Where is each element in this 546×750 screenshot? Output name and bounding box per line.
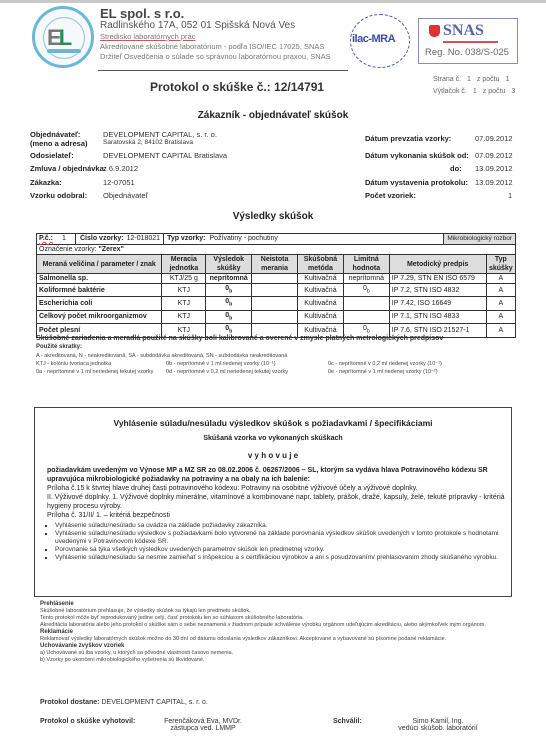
copy-counter: Výtlačok č. 1 z počtu 3 <box>433 88 519 95</box>
table-cell: A <box>486 274 515 284</box>
prepared-name: Ferenčáková Eva, MVDr. <box>148 718 258 725</box>
company-line-1: Stredisko laboratórnych prác <box>100 32 195 41</box>
approved-by: Simo Kamil, Ing. vedúci skúšob. laborató… <box>383 718 493 732</box>
table-cell: Kultivačná <box>298 297 344 310</box>
table-cell: IP 7.42, ISO 16649 <box>389 297 486 310</box>
bullet-3: Porovnanie sa týka všetkých výsledkov uv… <box>55 546 517 554</box>
compliance-subtitle: Skúšaná vzorka vo vykonaných skúškach <box>35 435 511 442</box>
table-cell: KTJ <box>162 310 206 323</box>
test-to-label: do: <box>450 164 462 173</box>
body-paragraph-3: II. Výživové doplnky. 1. Výživové doplnk… <box>47 493 505 511</box>
compliance-box: Vyhlásenie súladu/nesúladu výsledkov skú… <box>34 407 512 597</box>
results-title: Výsledky skúšok <box>0 211 546 222</box>
abbrev-0a: 0a - neprítomné v 1 ml neriedenej tekute… <box>36 369 153 375</box>
col-parameter: Meraná veličina / parameter / znak <box>37 255 162 274</box>
abbrev-title: Použité skratky: <box>36 344 82 350</box>
compliance-body: požiadavkám uvedeným vo Výnose MP a MZ S… <box>47 466 505 520</box>
bullet-1: Vyhlásenie súladu/nesúladu sa uvádza na … <box>55 522 517 530</box>
body-paragraph-1: požiadavkám uvedeným vo Výnose MP a MZ S… <box>47 466 505 484</box>
table-cell: 0b <box>206 310 252 323</box>
ilac-mra-logo: ilac-MRA <box>350 14 410 68</box>
abbrev-0d: 0d - neprítomné v 0,2 ml neriedenej teku… <box>166 369 288 375</box>
designation-label: Označenie vzorky: <box>39 246 97 253</box>
table-cell: Celkový počet mikroorganizmov <box>37 310 162 323</box>
table-cell: A <box>486 297 515 310</box>
recipient-label: Protokol dostane: <box>40 699 100 706</box>
sample-type-label: Typ vzorky: <box>164 234 205 244</box>
copy-label: Výtlačok č. <box>433 88 467 95</box>
protocol-title: Protokol o skúške č.: 12/14791 <box>150 80 324 94</box>
table-cell: KTJ <box>162 297 206 310</box>
prehlasenie-2: Tento protokol môže byť reprodukovaný je… <box>40 615 510 622</box>
test-from-date: 07.09.2012 <box>475 151 513 160</box>
designation-row: Označenie vzorky: "Zerex" <box>37 245 516 255</box>
customer-title: Zákazník - objednávateľ skúšok <box>0 110 546 121</box>
col-unit: Meracia jednotka <box>162 255 206 274</box>
issue-date: 13.09.2012 <box>475 178 513 187</box>
bullet-4: Vyhlásenie súladu/nesúladu sa nesmie zam… <box>55 554 517 562</box>
order-label: Zákazka: <box>30 178 62 187</box>
header-divider <box>98 70 348 71</box>
table-cell <box>343 297 389 310</box>
copy-of-label: z počtu <box>483 88 506 95</box>
table-cell <box>252 274 298 284</box>
prehlasenie-3: Akreditácia laboratória alebo jeho proto… <box>40 622 510 629</box>
prehlasenie-title: Prehlásenie <box>40 601 510 608</box>
table-cell: KTJ <box>162 284 206 297</box>
el-logo: EL <box>32 6 94 68</box>
bullet-2: Vyhlásenie súladu/nesúladu výsledkov s p… <box>55 530 517 546</box>
designation-value: "Zerex" <box>99 246 124 253</box>
result-rows: Salmonella sp.KTJ/25 gneprítomnáKultivač… <box>37 274 516 338</box>
contract-label: Zmluva / objednávka: <box>30 164 106 173</box>
table-cell: A <box>486 324 515 337</box>
abbrev-0c: 0c - neprítomné v 0,2 ml riedenej vzorky… <box>328 361 442 367</box>
table-cell: IP 7.2, STN ISO 4832 <box>389 284 486 297</box>
abbrev-0b: 0b - neprítomné v 1 ml riedenej vzorky (… <box>166 361 276 367</box>
table-cell <box>252 310 298 323</box>
logo-wave-icon <box>47 49 81 53</box>
calibration-note: Skúšobné zariadenia a meradlá použité na… <box>36 335 443 342</box>
page-value: 1 <box>463 76 475 83</box>
sample-type: Požívatiny - pochutiny <box>205 234 444 244</box>
table-cell: Kultivačná <box>298 310 344 323</box>
table-cell: A <box>486 310 515 323</box>
abbrev-line-1: A - akreditovaná, N - neakreditovaná, SA… <box>36 353 287 359</box>
body-paragraph-4: Príloha č. 31/II/ 1. – kritériá bezpečno… <box>47 511 505 520</box>
orderer-label: Objednávateľ: <box>30 130 80 139</box>
compliance-title: Vyhlásenie súladu/nesúladu výsledkov skú… <box>35 418 511 428</box>
declarations: Prehlásenie Skúšobné laboratórium prehla… <box>40 601 510 664</box>
page-of-value: 1 <box>501 76 513 83</box>
recipient: Protokol dostane: DEVELOPMENT CAPITAL, s… <box>40 699 208 706</box>
test-to-date: 13.09.2012 <box>475 164 513 173</box>
page-of-label: z počtu <box>477 76 500 83</box>
table-row: Salmonella sp.KTJ/25 gneprítomnáKultivač… <box>37 274 516 284</box>
snas-reg: Reg. No. 038/S-025 <box>425 47 509 58</box>
sample-header-row: P.č.: 1 Číslo vzorky: 12-018021 Typ vzor… <box>37 234 516 245</box>
reklamacie-title: Reklamácie <box>40 629 510 636</box>
sample-count: 1 <box>508 191 512 200</box>
col-result: Výsledok skúšky <box>206 255 252 274</box>
compliance-bullets: Vyhlásenie súladu/nesúladu sa uvádza na … <box>43 522 517 562</box>
ilac-label: ilac-MRA <box>352 33 395 45</box>
table-cell: 0b <box>343 284 389 297</box>
snas-label: SNAS <box>443 22 484 40</box>
col-uncertainty: Neistota merania <box>252 255 298 274</box>
orderer-address: Saratovská 2, 84102 Bratislava <box>103 139 193 146</box>
col-limit: Limitná hodnota <box>343 255 389 274</box>
uchovavanie-title: Uchovávanie zvyškov vzoriek <box>40 643 510 650</box>
table-cell <box>343 310 389 323</box>
reklamacie-text: Reklamovať výsledky laboratórnych skúšok… <box>40 636 510 643</box>
approved-role: vedúci skúšob. laboratórií <box>383 725 493 732</box>
prepared-by: Ferenčáková Eva, MVDr. zástupca ved. LMM… <box>148 718 258 732</box>
page-label: Strana č. <box>433 76 461 83</box>
pc-label: P.č.: <box>37 234 53 244</box>
orderer-label-2: (meno a adresa) <box>30 139 88 148</box>
pc-value: 1 <box>53 234 76 244</box>
table-row: Koliformné baktérieKTJ0bKultivačná0bIP 7… <box>37 284 516 297</box>
results-table: P.č.: 1 Číslo vzorky: 12-018021 Typ vzor… <box>36 233 516 338</box>
table-cell: IP 7.1, STN ISO 4833 <box>389 310 486 323</box>
sample-count-label: Počet vzoriek: <box>365 191 416 200</box>
received-date: 07.09.2012 <box>475 134 513 143</box>
received-date-label: Dátum prevzatia vzorky: <box>365 134 451 143</box>
table-row: Celkový počet mikroorganizmovKTJ0bKultiv… <box>37 310 516 323</box>
table-cell: Salmonella sp. <box>37 274 162 284</box>
col-method: Skúšobná metóda <box>298 255 344 274</box>
table-cell: 0b <box>206 297 252 310</box>
table-cell: IP 7.29, STN EN ISO 6579 <box>389 274 486 284</box>
snas-underline <box>443 41 498 43</box>
company-address: Radlinského 17A, 052 01 Spišská Nová Ves <box>100 20 295 31</box>
sample-no: 12-018021 <box>124 234 164 244</box>
uchovavanie-b: b) Vzorky po ukončení mikrobiologického … <box>40 657 510 664</box>
page-counter: Strana č. 1 z počtu 1 <box>433 76 513 83</box>
abbrev-ktj: KTJ - kolóniu tvoriaca jednotka <box>36 361 111 367</box>
col-type: Typ skúšky <box>486 255 515 274</box>
test-from-label: Dátum vykonania skúšok od: <box>365 151 469 160</box>
column-header-row: Meraná veličina / parameter / znak Merac… <box>37 255 516 274</box>
table-cell: Koliformné baktérie <box>37 284 162 297</box>
table-cell: neprítomná <box>343 274 389 284</box>
company-line-3: Držiteľ Osvedčenia o súlade so správnou … <box>100 52 331 61</box>
orderer-value: DEVELOPMENT CAPITAL, s. r. o. <box>103 130 217 139</box>
table-cell: Escherichia coli <box>37 297 162 310</box>
abbrev-0e: 0e - neprítomné v 1 ml riedenej vzorky (… <box>328 369 438 375</box>
company-line-2: Akreditované skúšobné laboratórium - pod… <box>100 42 324 51</box>
table-cell: 0b <box>206 284 252 297</box>
table-cell: Kultivačná <box>298 284 344 297</box>
sampler-value: Objednávateľ <box>103 191 148 200</box>
approved-name: Simo Kamil, Ing. <box>383 718 493 725</box>
copy-value: 1 <box>469 88 481 95</box>
table-cell: neprítomná <box>206 274 252 284</box>
uchovavanie-a: a) Uchovávané sú iba vzorky, u ktorých s… <box>40 650 510 657</box>
approved-label: Schválil: <box>333 718 362 725</box>
prepared-role: zástupca ved. LMMP <box>148 725 258 732</box>
table-cell: KTJ/25 g <box>162 274 206 284</box>
slovak-shield-icon <box>429 25 440 37</box>
company-name: EL spol. s r.o. <box>100 6 184 21</box>
body-paragraph-2: Príloha č.15 k štvrtej hlave druhej čast… <box>47 484 505 493</box>
logo-letters: EL <box>47 25 69 51</box>
table-cell: Kultivačná <box>298 274 344 284</box>
analysis-type: Mikrobiologický rozbor <box>444 234 515 244</box>
prepared-label: Protokol o skúške vyhotovil: <box>40 718 135 725</box>
snas-logo: SNAS Reg. No. 038/S-025 <box>418 18 518 64</box>
table-cell <box>252 284 298 297</box>
table-cell <box>252 297 298 310</box>
col-standard: Metodický predpis <box>389 255 486 274</box>
order-value: 12-07051 <box>103 178 135 187</box>
top-border <box>0 0 546 3</box>
recipient-value: DEVELOPMENT CAPITAL, s. r. o. <box>101 699 207 706</box>
prehlasenie-1: Skúšobné laboratórium prehlasuje, že výs… <box>40 608 510 615</box>
table-row: Escherichia coliKTJ0bKultivačnáIP 7.42, … <box>37 297 516 310</box>
sender-label: Odosielateľ: <box>30 151 74 160</box>
issue-date-label: Dátum vystavenia protokolu: <box>365 178 468 187</box>
copy-of-value: 3 <box>507 88 519 95</box>
sender-value: DEVELOPMENT CAPITAL Bratislava <box>103 151 227 160</box>
table-cell: A <box>486 284 515 297</box>
sampler-label: Vzorku odobral: <box>30 191 87 200</box>
sample-no-label: Číslo vzorky: <box>76 234 124 244</box>
compliance-verdict: v y h o v u j e <box>35 451 511 460</box>
contract-value: z 6.9.2012 <box>103 164 138 173</box>
